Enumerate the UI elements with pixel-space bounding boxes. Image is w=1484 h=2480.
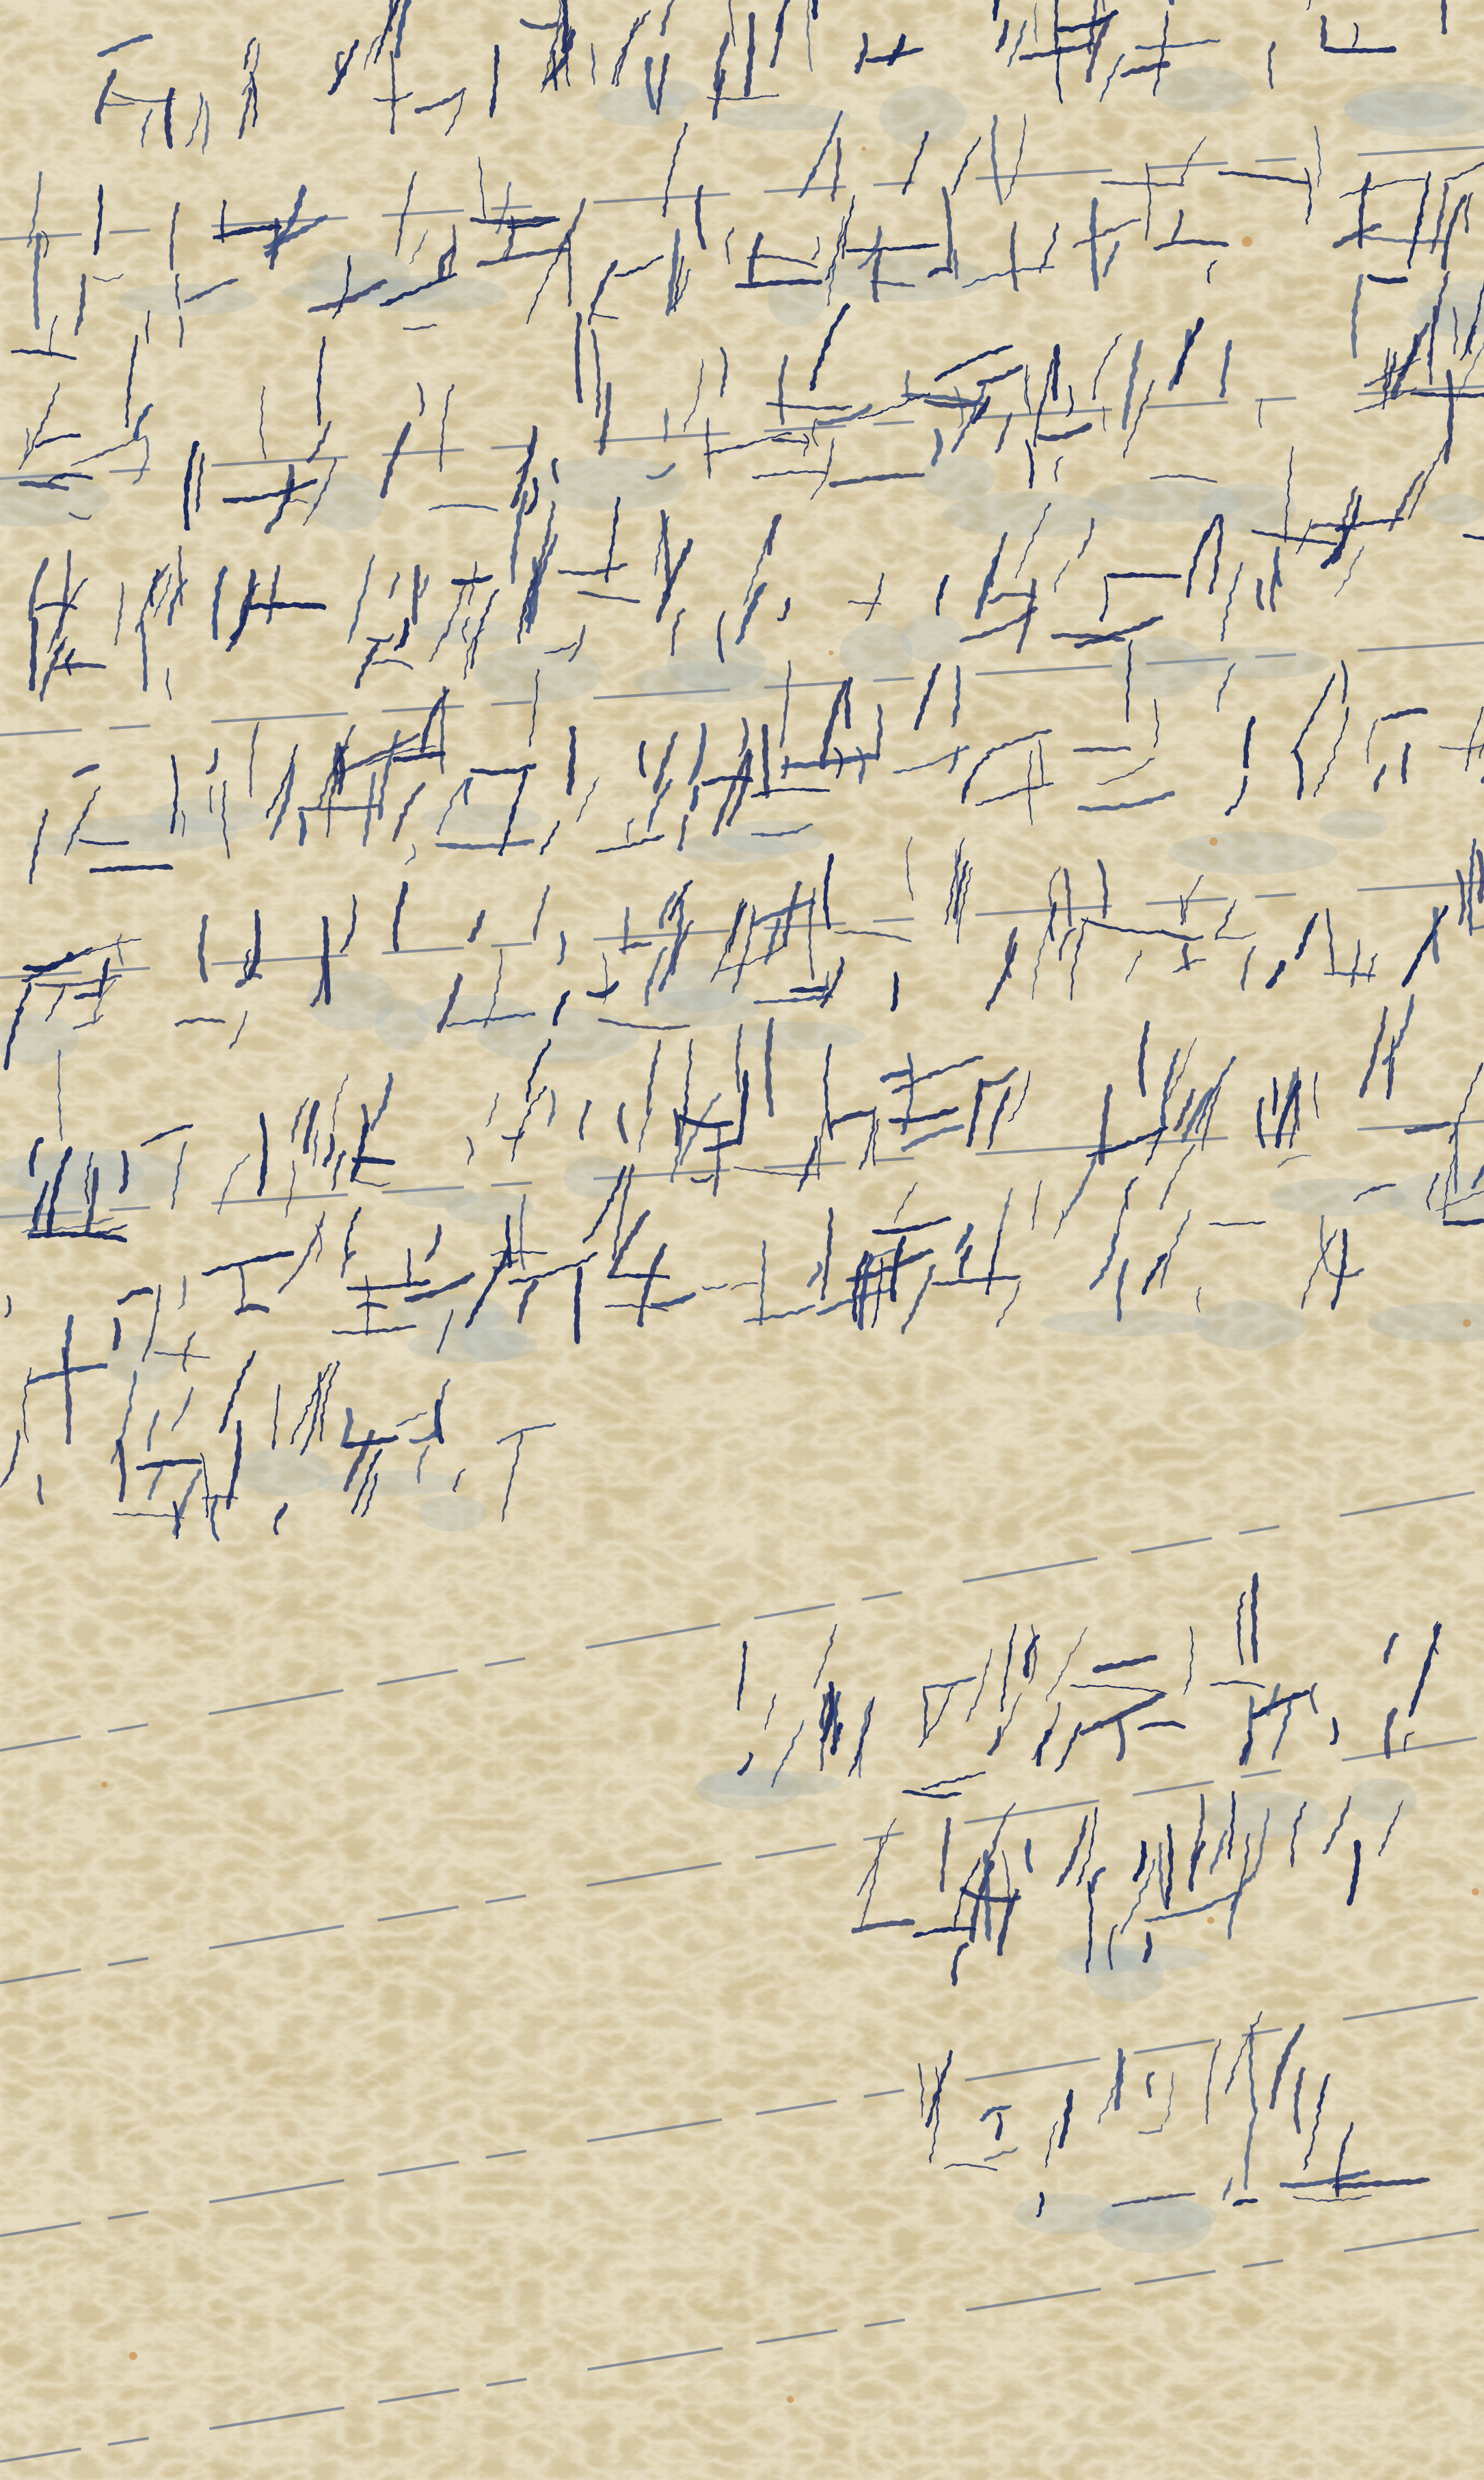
rule-line [0,2229,1484,2462]
ink-strokes-layer [0,0,1484,2480]
artwork-canvas: Abstract painting: dense rows of dark in… [0,0,1484,2480]
script-strokes [1,0,1484,2215]
blue-wash-patches [0,66,1484,2403]
rule-line [0,1997,1484,2236]
